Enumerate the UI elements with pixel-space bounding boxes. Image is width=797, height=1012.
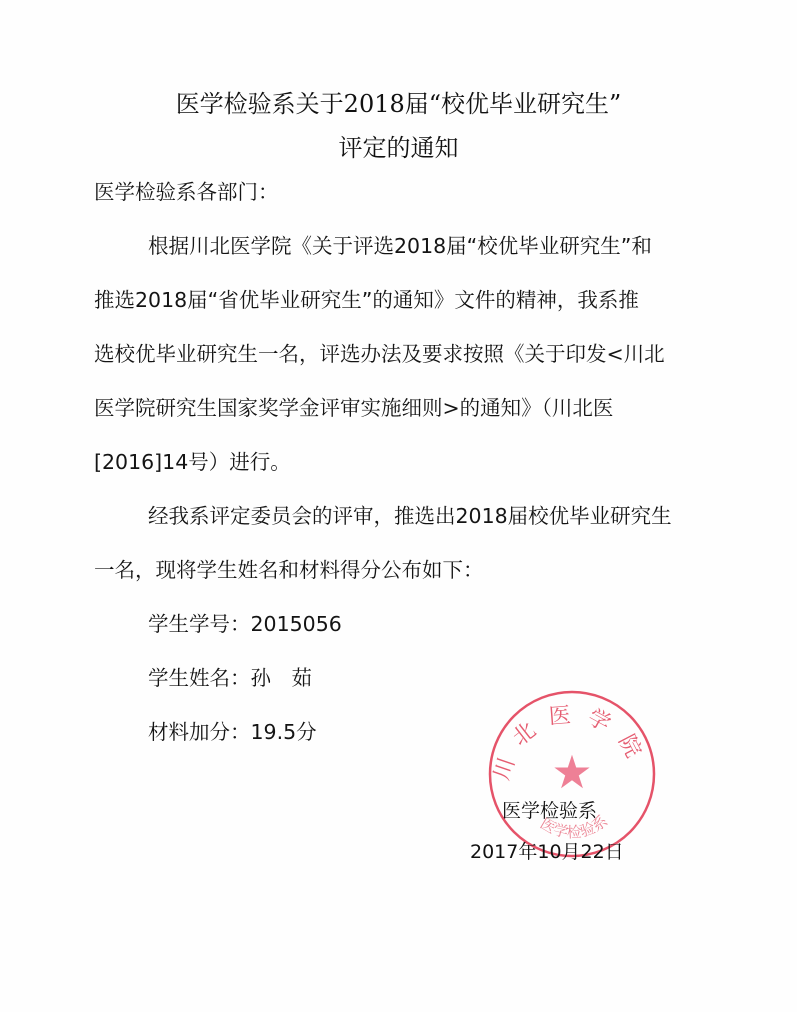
signature-date: 2017年10月22日: [470, 837, 624, 864]
official-seal-icon: 川北医学院 ★ 医学检验系: [486, 688, 658, 860]
salutation: 医学检验系各部门：: [94, 175, 279, 205]
title-line-1: 医学检验系关于2018届“校优毕业研究生”: [0, 84, 797, 119]
paragraph1-line-1: 根据川北医学院《关于评选2018届“校优毕业研究生”和: [148, 229, 652, 259]
field-material-score: 材料加分：19.5分: [148, 715, 317, 745]
paragraph1-line-5: [2016]14号）进行。: [94, 445, 291, 475]
field-label: 学生学号：: [148, 612, 251, 636]
paragraph2-line-1: 经我系评定委员会的评审，推选出2018届校优毕业研究生: [148, 499, 672, 529]
document-page: 医学检验系关于2018届“校优毕业研究生” 评定的通知 医学检验系各部门： 根据…: [0, 0, 797, 1012]
field-student-name: 学生姓名：孙 茹: [148, 661, 312, 691]
paragraph1-line-4: 医学院研究生国家奖学金评审实施细则>的通知》（川北医: [94, 391, 613, 421]
paragraph2-line-2: 一名，现将学生姓名和材料得分公布如下：: [94, 553, 484, 583]
field-label: 材料加分：: [148, 720, 251, 744]
field-value: 孙 茹: [251, 666, 313, 690]
paragraph1-line-2: 推选2018届“省优毕业研究生”的通知》文件的精神，我系推: [94, 283, 639, 313]
title-line-2: 评定的通知: [0, 128, 797, 163]
svg-text:★: ★: [551, 745, 592, 799]
field-value: 2015056: [251, 612, 342, 636]
field-student-id: 学生学号：2015056: [148, 607, 342, 637]
paragraph1-line-3: 选校优毕业研究生一名，评选办法及要求按照《关于印发<川北: [94, 337, 665, 367]
field-value: 19.5分: [251, 720, 317, 744]
field-label: 学生姓名：: [148, 666, 251, 690]
signature-department: 医学检验系: [502, 796, 597, 823]
